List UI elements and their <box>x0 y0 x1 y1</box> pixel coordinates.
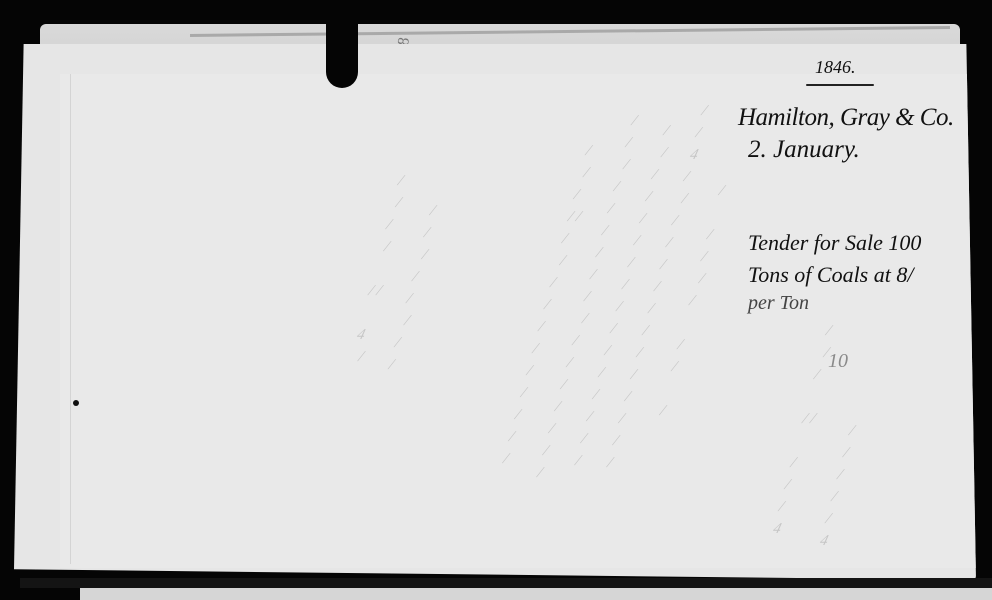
year-underline <box>806 84 874 86</box>
ink-dot <box>73 400 79 406</box>
docket-correspondent: Hamilton, Gray & Co. <box>738 104 954 132</box>
docket-note-line-2: Tons of Coals at 8/ <box>748 262 913 288</box>
fold-line <box>70 74 71 564</box>
bottom-shadow <box>20 578 992 588</box>
docket-note-line-1: Tender for Sale 100 <box>748 230 921 256</box>
docket-year: 1846. <box>815 57 856 78</box>
docket-date: 2. January. <box>748 136 860 164</box>
docket-note-line-3: per Ton <box>748 292 809 315</box>
binding-hole <box>326 0 358 88</box>
under-sheet-edge <box>80 588 992 600</box>
pencil-figure: 10 <box>828 350 848 373</box>
